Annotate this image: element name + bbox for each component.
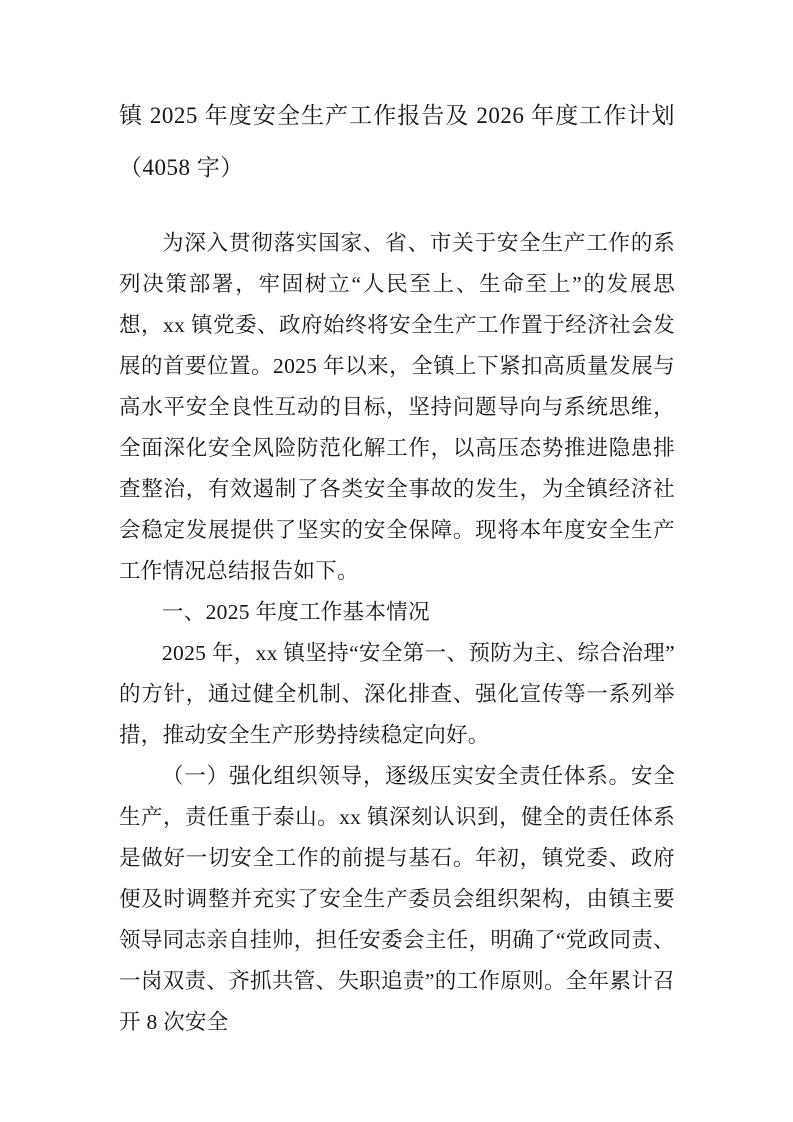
section-heading-1: 一、2025 年度工作基本情况 <box>119 592 675 633</box>
document-title: 镇 2025 年度安全生产工作报告及 2026 年度工作计划（4058 字） <box>119 90 675 194</box>
paragraph-subsection-1: （一）强化组织领导，逐级压实安全责任体系。安全生产，责任重于泰山。xx 镇深刻认… <box>119 756 675 1043</box>
paragraph-overview: 2025 年，xx 镇坚持“安全第一、预防为主、综合治理”的方针，通过健全机制、… <box>119 633 675 756</box>
document-page: 镇 2025 年度安全生产工作报告及 2026 年度工作计划（4058 字） 为… <box>0 0 793 1122</box>
paragraph-intro: 为深入贯彻落实国家、省、市关于安全生产工作的系列决策部署，牢固树立“人民至上、生… <box>119 223 675 592</box>
